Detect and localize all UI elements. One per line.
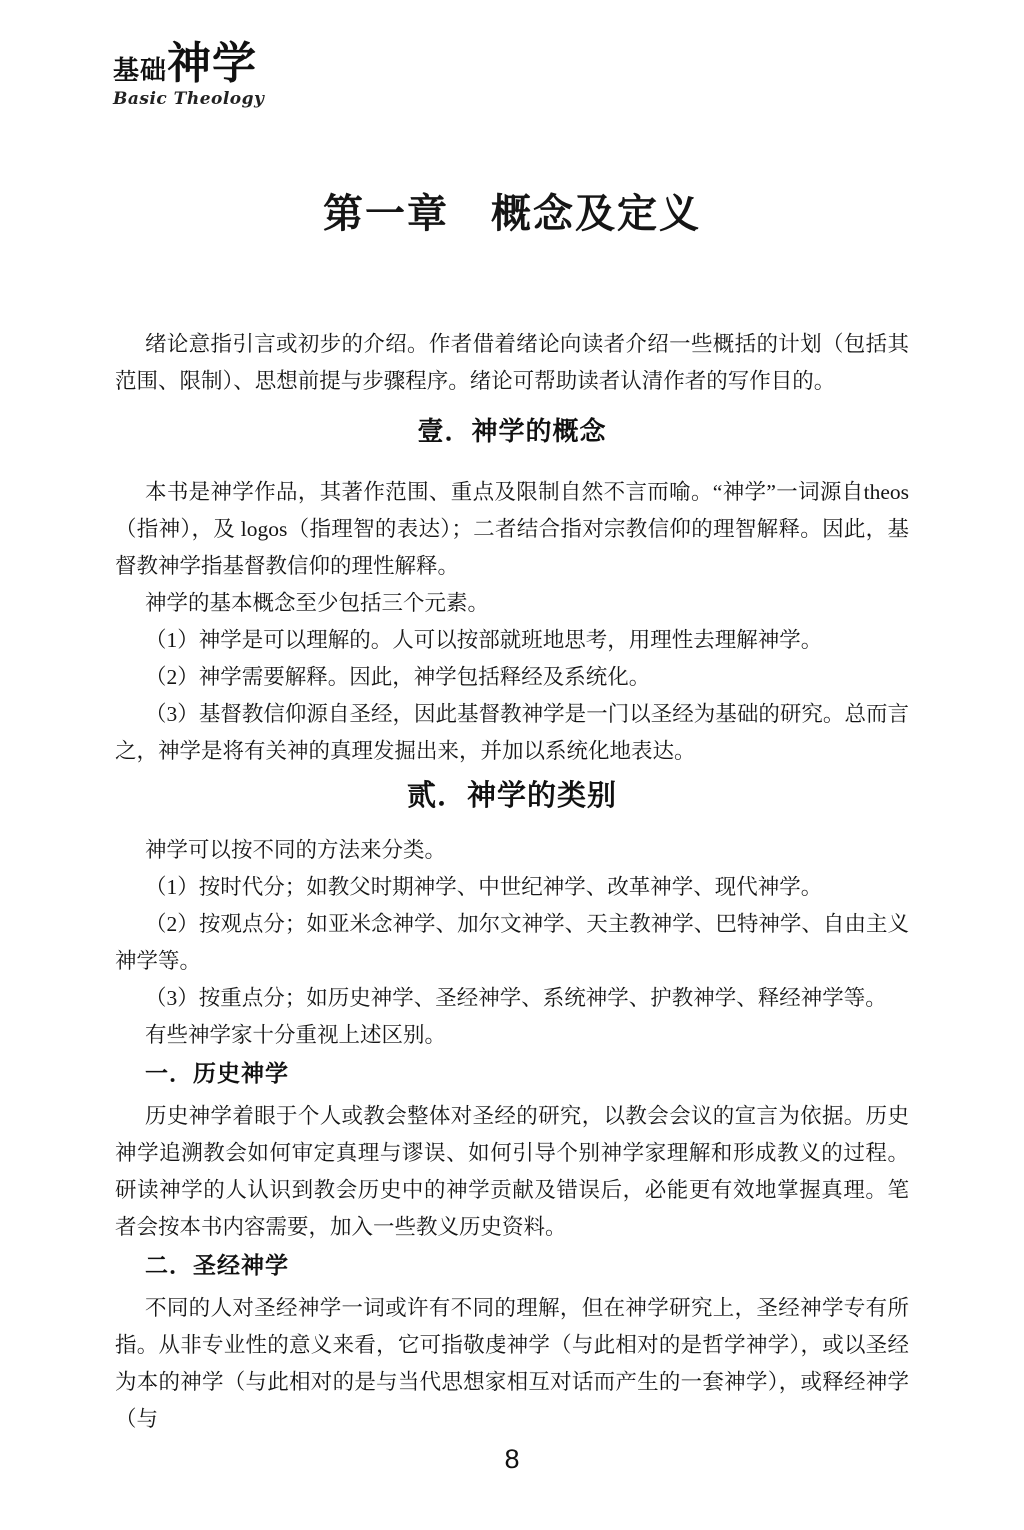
body-paragraph: 神学可以按不同的方法来分类。 [115, 832, 909, 869]
list-item: （3）按重点分；如历史神学、圣经神学、系统神学、护教神学、释经神学等。 [115, 980, 909, 1017]
list-item: （3）基督教信仰源自圣经，因此基督教神学是一门以圣经为基础的研究。总而言之，神学… [115, 696, 909, 770]
logo-text-large: 神学 [167, 42, 257, 86]
subsection-heading-historical-theology: 一．历史神学 [145, 1058, 909, 1088]
body-paragraph: 神学的基本概念至少包括三个元素。 [115, 585, 909, 622]
logo-chinese-title: 基础 神学 [113, 42, 264, 86]
body-paragraph: 本书是神学作品，其著作范围、重点及限制自然不言而喻。“神学”一词源自theos（… [115, 474, 909, 585]
section-heading-categories: 贰．神学的类别 [115, 776, 909, 816]
page-content: 第一章 概念及定义 绪论意指引言或初步的介绍。作者借着绪论向读者介绍一些概括的计… [0, 188, 1024, 1438]
publisher-logo: 基础 神学 Basic Theology [113, 42, 264, 109]
chapter-title: 第一章 概念及定义 [115, 188, 909, 240]
body-paragraph: 不同的人对圣经神学一词或许有不同的理解，但在神学研究上，圣经神学专有所指。从非专… [115, 1290, 909, 1438]
list-item: （1）神学是可以理解的。人可以按部就班地思考，用理性去理解神学。 [115, 622, 909, 659]
section-heading-concept: 壹．神学的概念 [115, 414, 909, 448]
logo-subtitle: Basic Theology [113, 89, 264, 109]
list-item: （1）按时代分；如教父时期神学、中世纪神学、改革神学、现代神学。 [115, 869, 909, 906]
list-item: （2）神学需要解释。因此，神学包括释经及系统化。 [115, 659, 909, 696]
book-page: 基础 神学 Basic Theology 第一章 概念及定义 绪论意指引言或初步… [0, 0, 1024, 1530]
body-paragraph: 有些神学家十分重视上述区别。 [115, 1017, 909, 1054]
logo-text-small: 基础 [113, 57, 167, 86]
list-item: （2）按观点分；如亚米念神学、加尔文神学、天主教神学、巴特神学、自由主义神学等。 [115, 906, 909, 980]
subsection-heading-biblical-theology: 二．圣经神学 [145, 1250, 909, 1280]
body-paragraph: 历史神学着眼于个人或教会整体对圣经的研究，以教会会议的宣言为依据。历史神学追溯教… [115, 1098, 909, 1246]
intro-paragraph: 绪论意指引言或初步的介绍。作者借着绪论向读者介绍一些概括的计划（包括其范围、限制… [115, 326, 909, 400]
page-number: 8 [0, 1444, 1024, 1475]
